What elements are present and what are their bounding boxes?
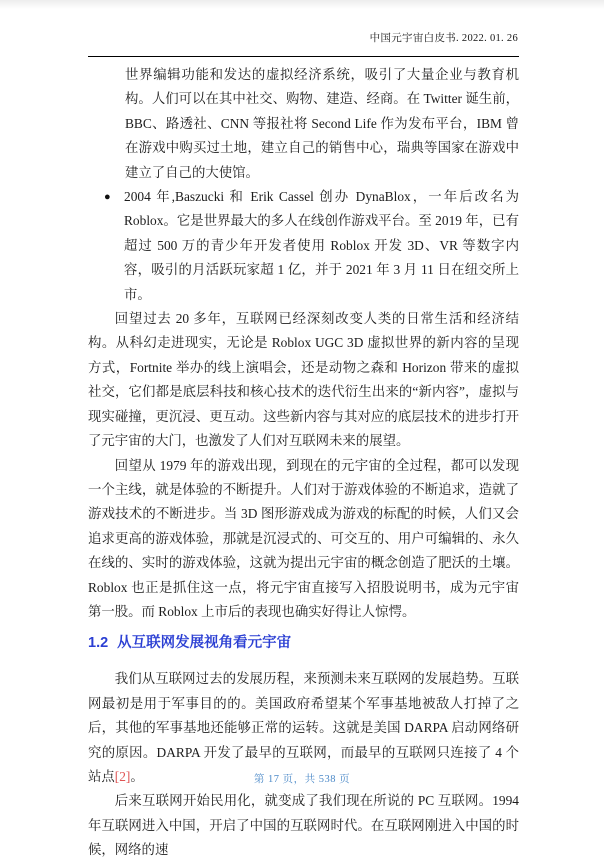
darpa-paragraph-text: 我们从互联网过去的发展历程，来预测未来互联网的发展趋势。互联网最初是用于军事目的…: [88, 671, 519, 784]
document-page: 中国元宇宙白皮书. 2022. 01. 26 世界编辑功能和发达的虚拟经济系统，…: [0, 0, 604, 857]
header-rule: [88, 56, 519, 57]
paragraph-bullet-continuation: 世界编辑功能和发达的虚拟经济系统，吸引了大量企业与教育机构。人们可以在其中社交、…: [88, 63, 519, 185]
running-header-title: 中国元宇宙白皮书. 2022. 01. 26: [370, 30, 518, 45]
bullet-marker-icon: ●: [104, 185, 124, 209]
section-number: 1.2: [88, 635, 108, 651]
page-number-label: 第 17 页，共 538 页: [0, 771, 604, 786]
section-heading-1-2: 1.2从互联网发展视角看元宇宙: [88, 633, 519, 653]
page-body: 世界编辑功能和发达的虚拟经济系统，吸引了大量企业与教育机构。人们可以在其中社交、…: [88, 63, 519, 857]
bullet-item-text: 2004 年,Baszucki 和 Erik Cassel 创办 DynaBlo…: [124, 185, 519, 307]
paragraph-pc-internet: 后来互联网开始民用化，就变成了我们现在所说的 PC 互联网。1994 年互联网进…: [88, 789, 519, 857]
paragraph-internet-20-years: 回望过去 20 多年，互联网已经深刻改变人类的日常生活和经济结构。从科幻走进现实…: [88, 307, 519, 453]
bullet-list-item: ● 2004 年,Baszucki 和 Erik Cassel 创办 DynaB…: [88, 185, 519, 307]
section-title: 从互联网发展视角看元宇宙: [117, 635, 291, 651]
paragraph-games-since-1979: 回望从 1979 年的游戏出现，到现在的元宇宙的全过程，都可以发现一个主线，就是…: [88, 454, 519, 625]
page-top-shade: [0, 0, 604, 9]
